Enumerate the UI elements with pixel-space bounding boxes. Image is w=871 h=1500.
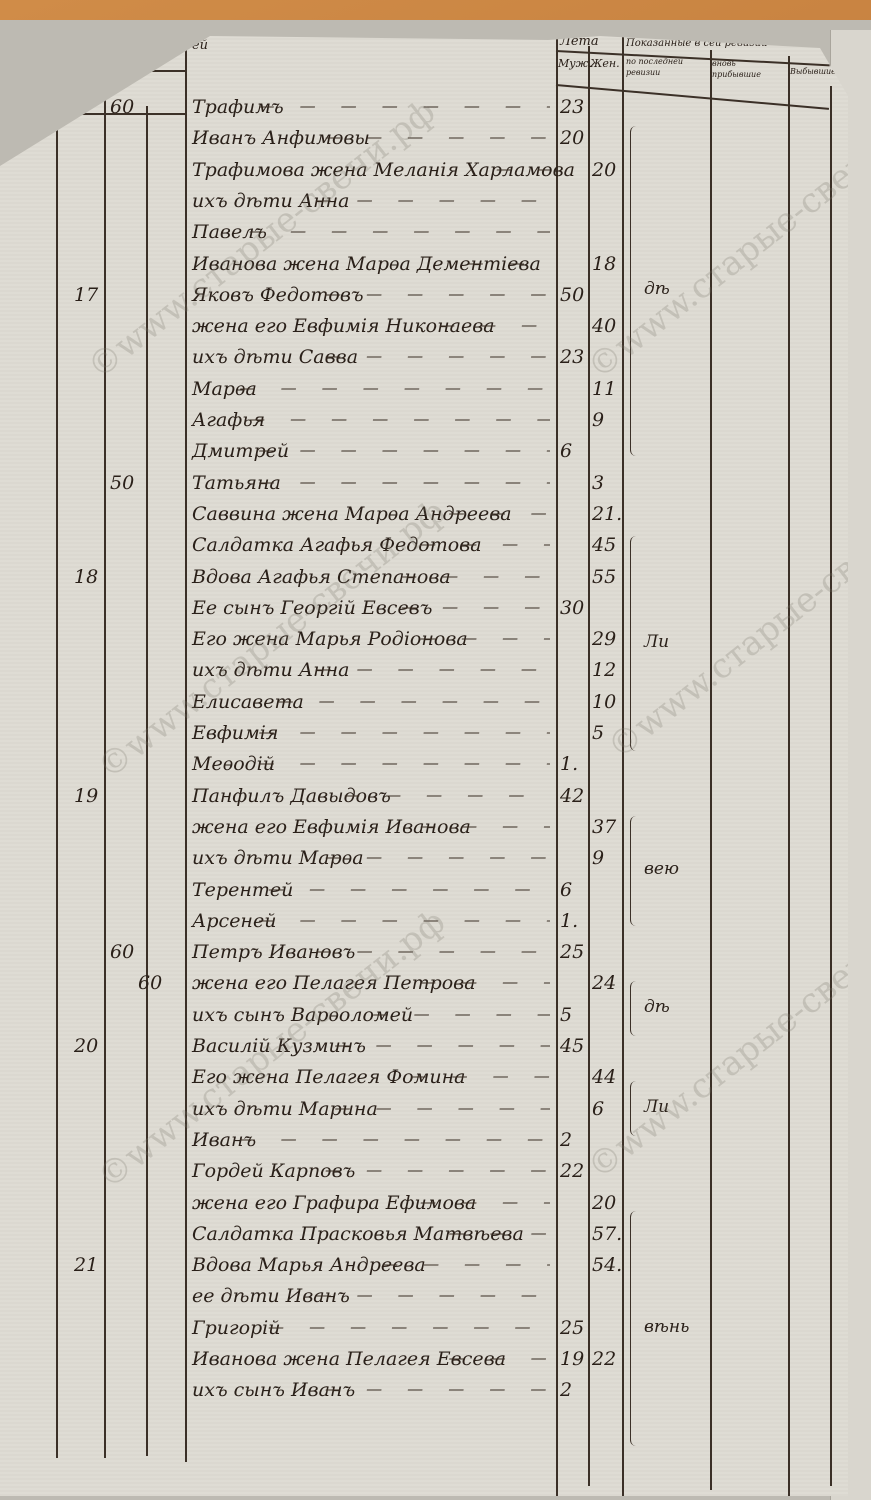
- age-female: 11: [592, 378, 616, 400]
- filler-dashes: — — — — — — — — —: [259, 96, 551, 115]
- filler-dashes: — — — — — — — — —: [344, 785, 550, 804]
- filler-dashes: — — — — — — — — —: [420, 972, 550, 991]
- filler-dashes: — — — — — — — — —: [496, 159, 550, 178]
- household-number: 21: [74, 1254, 98, 1276]
- filler-dashes: — — — — — — — — —: [259, 472, 551, 491]
- rule-right: [830, 86, 832, 1486]
- age-male: 22: [560, 1160, 584, 1182]
- filler-dashes: — — — — — — — — —: [411, 1066, 551, 1085]
- filler-dashes: — — — — — — — — —: [420, 534, 550, 553]
- age-female: 24: [592, 972, 616, 994]
- filler-dashes: — — — — — — — — —: [316, 190, 551, 209]
- filler-dashes: — — — — — — — — —: [325, 284, 550, 303]
- age-male: 20: [560, 127, 584, 149]
- filler-dashes: — — — — — — — — —: [449, 1223, 551, 1242]
- age-male: 30: [560, 597, 584, 619]
- watermark: ©www.старые-свечи.рф: [580, 892, 871, 1188]
- rule-names: [185, 42, 187, 1462]
- age-male: 42: [560, 785, 584, 807]
- age-male: 50: [560, 284, 584, 306]
- people-count: 60: [138, 972, 162, 994]
- filler-dashes: — — — — — — — — —: [439, 315, 550, 334]
- filler-dashes: — — — — — — — — —: [335, 1035, 551, 1054]
- age-female: 54.: [592, 1254, 622, 1276]
- age-female: 21.: [592, 503, 622, 525]
- filler-dashes: — — — — — — — — —: [259, 440, 551, 459]
- household-number: 18: [74, 566, 98, 588]
- age-male: 1.: [560, 753, 578, 775]
- rule-left-margin: [56, 78, 58, 1458]
- filler-dashes: — — — — — — — — —: [316, 1285, 551, 1304]
- age-male: 19: [560, 1348, 584, 1370]
- header-sub3: Выбывшие: [790, 66, 830, 77]
- age-male: 6: [560, 879, 572, 901]
- filler-dashes: — — — — — — — — —: [401, 597, 550, 616]
- filler-dashes: — — — — — — — — —: [259, 722, 551, 741]
- header-age-female: Жен.: [590, 58, 620, 69]
- brace-label: Ли: [644, 632, 669, 652]
- age-female: 45: [592, 534, 616, 556]
- rule-household: [104, 78, 106, 1458]
- age-male: 25: [560, 1317, 584, 1339]
- filler-dashes: — — — — — — — — —: [325, 847, 550, 866]
- header-sub1: по последней ревизии: [626, 56, 708, 78]
- filler-dashes: — — — — — — — — —: [249, 221, 550, 240]
- filler-dashes: — — — — — — — — —: [268, 879, 550, 898]
- rule-shown-2: [710, 50, 712, 1490]
- brace-label: дѣ: [644, 997, 670, 1017]
- age-male: 6: [560, 440, 572, 462]
- age-female: 40: [592, 315, 616, 337]
- filler-dashes: — — — — — — — — —: [249, 409, 550, 428]
- age-female: 20: [592, 159, 616, 181]
- brace-mark: [630, 816, 637, 926]
- household-number: 20: [74, 1035, 98, 1057]
- rule-shown-3: [788, 56, 790, 1496]
- age-female: 18: [592, 253, 616, 275]
- filler-dashes: — — — — — — — — —: [325, 127, 550, 146]
- rule-count-split: [146, 106, 148, 1456]
- filler-dashes: — — — — — — — — —: [268, 1317, 550, 1336]
- filler-dashes: — — — — — — — — —: [449, 1348, 551, 1367]
- watermark: ©www.старые-свечи.рф: [580, 92, 871, 388]
- age-male: 1.: [560, 910, 578, 932]
- filler-dashes: — — — — — — — — —: [259, 910, 551, 929]
- age-female: 3: [592, 472, 604, 494]
- brace-label: дѣ: [644, 279, 670, 299]
- age-female: 57.: [592, 1223, 622, 1245]
- filler-dashes: — — — — — — — — —: [325, 1160, 550, 1179]
- filler-dashes: — — — — — — — — —: [468, 253, 551, 272]
- filler-dashes: — — — — — — — — —: [316, 659, 551, 678]
- age-male: 23: [560, 96, 584, 118]
- age-female: 9: [592, 847, 604, 869]
- brace-mark: [630, 536, 637, 751]
- filler-dashes: — — — — — — — — —: [420, 1192, 550, 1211]
- age-female: 9: [592, 409, 604, 431]
- filler-dashes: — — — — — — — — —: [316, 941, 551, 960]
- filler-dashes: — — — — — — — — —: [325, 346, 550, 365]
- filler-dashes: — — — — — — — — —: [382, 1254, 550, 1273]
- census-page: Двор Число людей Лета Муж. Жен. Показанн…: [0, 36, 848, 1496]
- age-female: 5: [592, 722, 604, 744]
- age-male: 23: [560, 346, 584, 368]
- brace-mark: [630, 1211, 637, 1446]
- brace-mark: [630, 1081, 637, 1136]
- people-count: 50: [110, 472, 134, 494]
- header-sub2: вновь прибывшие: [712, 58, 786, 80]
- age-male: 5: [560, 1004, 572, 1026]
- filler-dashes: — — — — — — — — —: [449, 503, 551, 522]
- brace-label: Ли: [644, 1097, 669, 1117]
- rule-age-male: [556, 36, 558, 1496]
- filler-dashes: — — — — — — — — —: [373, 1004, 551, 1023]
- filler-dashes: — — — — — — — — —: [240, 1129, 551, 1148]
- age-female: 6: [592, 1098, 604, 1120]
- header-age-male: Муж.: [558, 58, 592, 69]
- filler-dashes: — — — — — — — — —: [420, 816, 550, 835]
- filler-dashes: — — — — — — — — —: [335, 1098, 551, 1117]
- age-male: 45: [560, 1035, 584, 1057]
- brace-mark: [630, 981, 637, 1036]
- brace-label: вѣнь: [644, 1317, 689, 1337]
- age-female: 22: [592, 1348, 616, 1370]
- rule-age-female: [588, 46, 590, 1486]
- people-count: 60: [110, 941, 134, 963]
- filler-dashes: — — — — — — — — —: [240, 378, 551, 397]
- age-female: 44: [592, 1066, 616, 1088]
- age-female: 12: [592, 659, 616, 681]
- household-number: 17: [74, 284, 98, 306]
- person-name: Ее сынъ Георгій Евсевъ: [192, 597, 432, 619]
- filler-dashes: — — — — — — — — —: [259, 753, 551, 772]
- age-male: 2: [560, 1379, 572, 1401]
- age-female: 55: [592, 566, 616, 588]
- age-male: 2: [560, 1129, 572, 1151]
- age-female: 20: [592, 1192, 616, 1214]
- filler-dashes: — — — — — — — — —: [420, 628, 550, 647]
- age-female: 29: [592, 628, 616, 650]
- rule-shown-1: [622, 36, 624, 1496]
- filler-dashes: — — — — — — — — —: [325, 1379, 550, 1398]
- age-male: 25: [560, 941, 584, 963]
- brace-mark: [630, 126, 637, 456]
- people-count: 60: [110, 96, 134, 118]
- filler-dashes: — — — — — — — — —: [278, 691, 551, 710]
- age-female: 37: [592, 816, 616, 838]
- age-female: 10: [592, 691, 616, 713]
- brace-label: вею: [644, 859, 679, 879]
- household-number: 19: [74, 785, 98, 807]
- filler-dashes: — — — — — — — — —: [401, 566, 550, 585]
